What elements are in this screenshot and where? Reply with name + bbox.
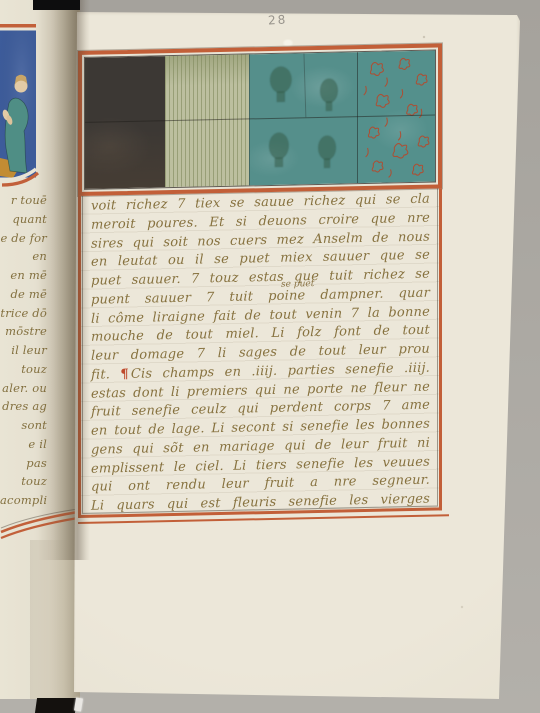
fragment-line: en mē (0, 266, 50, 285)
binding-clip-bottom (35, 698, 77, 713)
facing-fragments: r touēquante de foren enferen mēde mētri… (0, 191, 50, 510)
manuscript-recto-page: 28 (72, 9, 520, 699)
fragment-line: aler. ou (0, 379, 50, 398)
fragment-line: en enfer (0, 247, 50, 266)
fragment-line: touz par (0, 472, 50, 491)
facing-frame-curve (0, 505, 80, 541)
fragment-line: mōstre (0, 322, 50, 341)
fragment-line: pas tout (0, 454, 50, 473)
fragment-line: de mē (0, 285, 50, 304)
facing-page: r touēquante de foren enferen mēde mētri… (0, 0, 80, 699)
fragment-line: dres ag (0, 397, 50, 416)
miniature-painting (85, 51, 435, 189)
facing-miniature (0, 24, 40, 190)
fragment-line: trice dō (0, 304, 50, 323)
fragment-line: e de for (0, 229, 50, 248)
fragment-line: quant (0, 210, 50, 229)
framed-content: voit richez 7 tiex se sauue richez qui s… (78, 43, 442, 518)
manuscript-photo: r touēquante de foren enferen mēde mētri… (0, 0, 540, 713)
text-block: voit richez 7 tiex se sauue richez qui s… (78, 188, 442, 518)
fragment-line: e il nele (0, 435, 50, 454)
fragment-line: touz leur (0, 360, 50, 379)
folio-number: 28 (268, 13, 288, 28)
text-lines: voit richez 7 tiex se sauue richez qui s… (81, 188, 439, 516)
fragment-line: sont (0, 416, 50, 435)
interlinear-correction: se puet (281, 279, 314, 290)
pilcrow-mark: ¶ (120, 367, 130, 382)
fragment-line: r touē (0, 191, 50, 210)
fragment-line: il leur (0, 341, 50, 360)
binding-clip-top (33, 0, 80, 10)
miniature (78, 43, 442, 196)
